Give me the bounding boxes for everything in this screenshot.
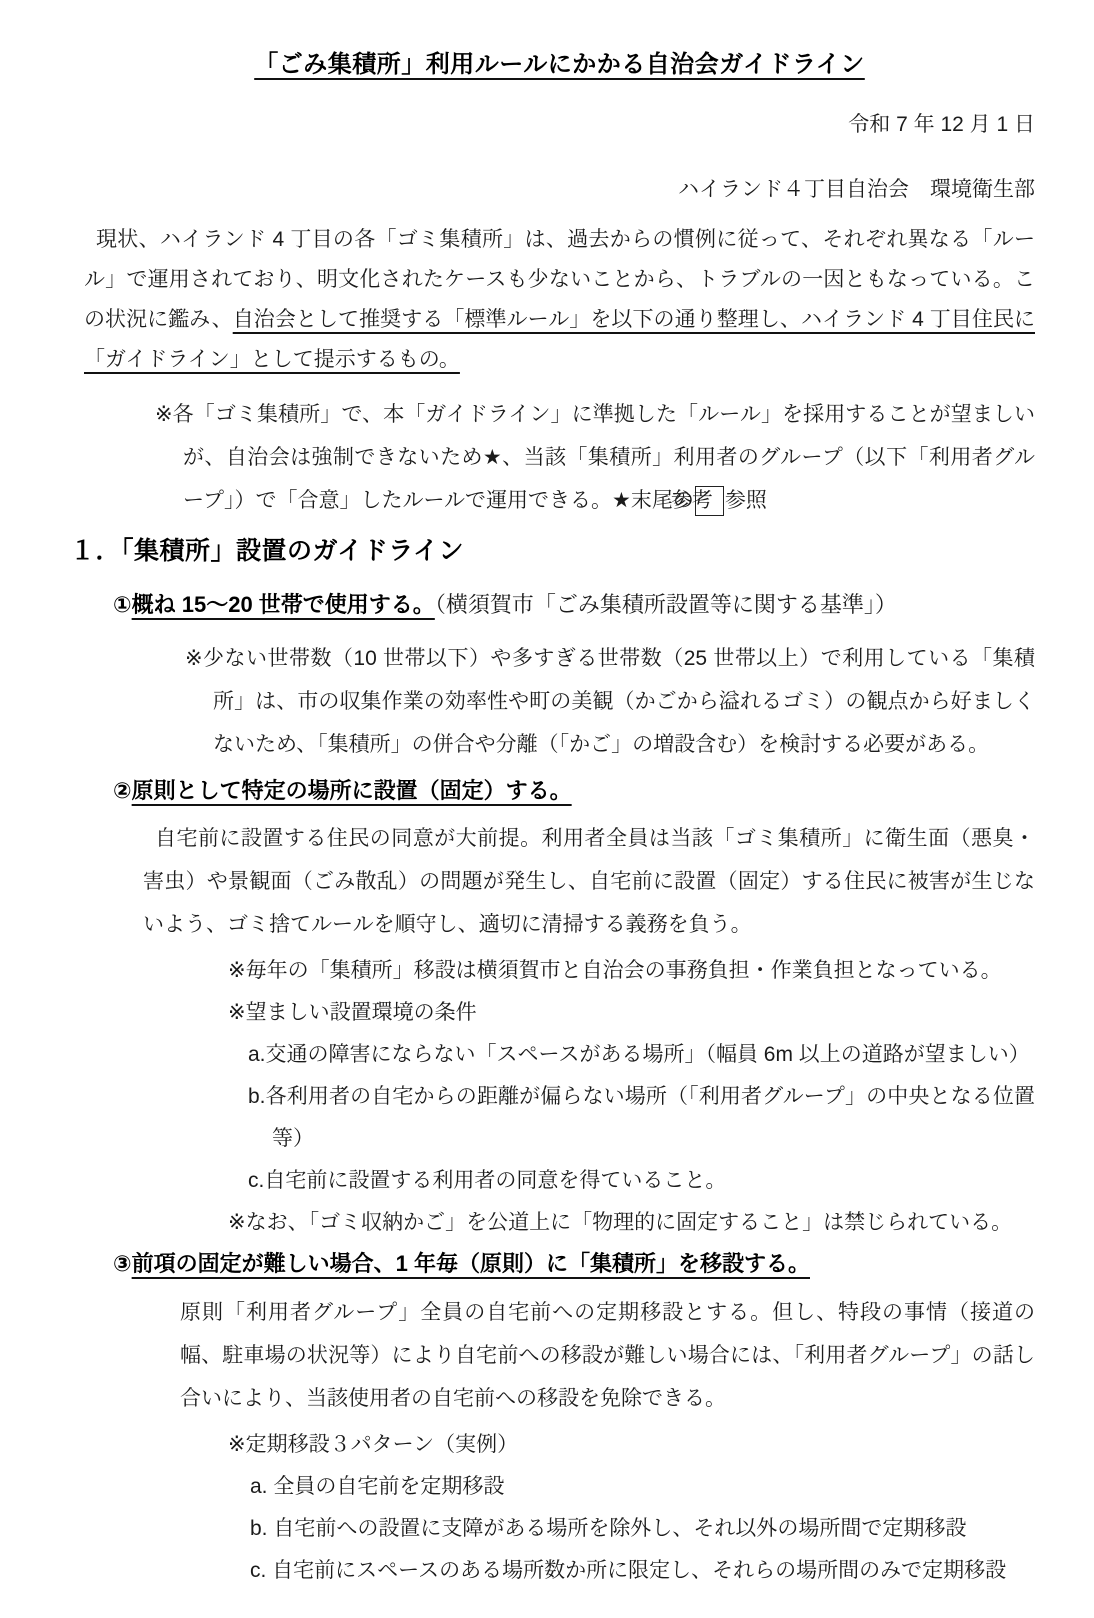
reference-boxed-label: 参考 [695, 486, 724, 516]
condition-item-b: b.各利用者の自宅からの距離が偏らない場所（「利用者グループ」の中央となる位置等… [248, 1076, 1035, 1160]
guideline-2-body: 自宅前に設置する住民の同意が大前提。利用者全員は当該「ゴミ集積所」に衛生面（悪臭… [143, 817, 1035, 946]
guideline-3-note-patterns: ※定期移設３パターン（実例） [228, 1424, 1035, 1466]
guideline-3-marker: ③ [113, 1251, 132, 1276]
pattern-item-a: a. 全員の自宅前を定期移設 [250, 1466, 1035, 1508]
guideline-2-marker: ② [113, 778, 132, 803]
document-title: 「ごみ集積所」利用ルールにかかる自治会ガイドライン [84, 46, 1035, 84]
pattern-item-c: c. 自宅前にスペースのある場所数か所に限定し、それらの場所間のみで定期移設 [250, 1550, 1035, 1592]
intro-paragraph: 現状、ハイランド 4 丁目の各「ゴミ集積所」は、過去からの慣例に従って、それぞれ… [84, 220, 1035, 380]
guideline-3-heading: ③前項の固定が難しい場合、1 年毎（原則）に「集積所」を移設する。 [113, 1248, 1035, 1280]
condition-item-a: a.交通の障害にならない「スペースがある場所」（幅員 6m 以上の道路が望ましい… [248, 1034, 1035, 1076]
intro-note-text: ※各「ゴミ集積所」で、本「ガイドライン」に準拠した「ルール」を採用することが望ま… [155, 403, 1035, 512]
intro-note: ※各「ゴミ集積所」で、本「ガイドライン」に準拠した「ルール」を採用することが望ま… [155, 393, 1035, 522]
guideline-1-note: ※少ない世帯数（10 世帯以下）や多すぎる世帯数（25 世帯以上）で利用している… [185, 637, 1035, 766]
guideline-1-title: 概ね 15～20 世帯で使用する。 [132, 592, 435, 617]
guideline-1-heading: ①概ね 15～20 世帯で使用する。（横須賀市「ごみ集積所設置等に関する基準」） [113, 589, 1035, 621]
document-page: 「ごみ集積所」利用ルールにかかる自治会ガイドライン 令和 7 年 12 月 1 … [0, 0, 1094, 1618]
document-author: ハイランド４丁目自治会 環境衛生部 [84, 175, 1035, 205]
guideline-3-body: 原則「利用者グループ」全員の自宅前への定期移設とする。但し、特段の事情（接道の幅… [180, 1291, 1035, 1420]
guideline-2-title: 原則として特定の場所に設置（固定）する。 [132, 778, 572, 803]
intro-note-suffix: 参照 [725, 489, 767, 512]
document-title-text: 「ごみ集積所」利用ルールにかかる自治会ガイドライン [254, 51, 865, 78]
guideline-2-note-prohibition: ※なお、「ゴミ収納かご」を公道上に「物理的に固定すること」は禁じられている。 [228, 1202, 1035, 1244]
document-date: 令和 7 年 12 月 1 日 [84, 110, 1035, 140]
pattern-item-b: b. 自宅前への設置に支障がある場所を除外し、それ以外の場所間で定期移設 [250, 1508, 1035, 1550]
condition-item-c: c.自宅前に設置する利用者の同意を得ていること。 [248, 1160, 1035, 1202]
guideline-3-title: 前項の固定が難しい場合、1 年毎（原則）に「集積所」を移設する。 [132, 1251, 810, 1276]
guideline-2-note-relocation: ※毎年の「集積所」移設は横須賀市と自治会の事務負担・作業負担となっている。 [228, 950, 1035, 992]
section-1-heading: １．「集積所」設置のガイドライン [70, 533, 1035, 569]
guideline-1-marker: ① [113, 592, 132, 617]
guideline-2-note-conditions: ※望ましい設置環境の条件 [228, 992, 1035, 1034]
guideline-1-title-suffix: （横須賀市「ごみ集積所設置等に関する基準」） [435, 592, 897, 617]
guideline-2-heading: ②原則として特定の場所に設置（固定）する。 [113, 775, 1035, 807]
